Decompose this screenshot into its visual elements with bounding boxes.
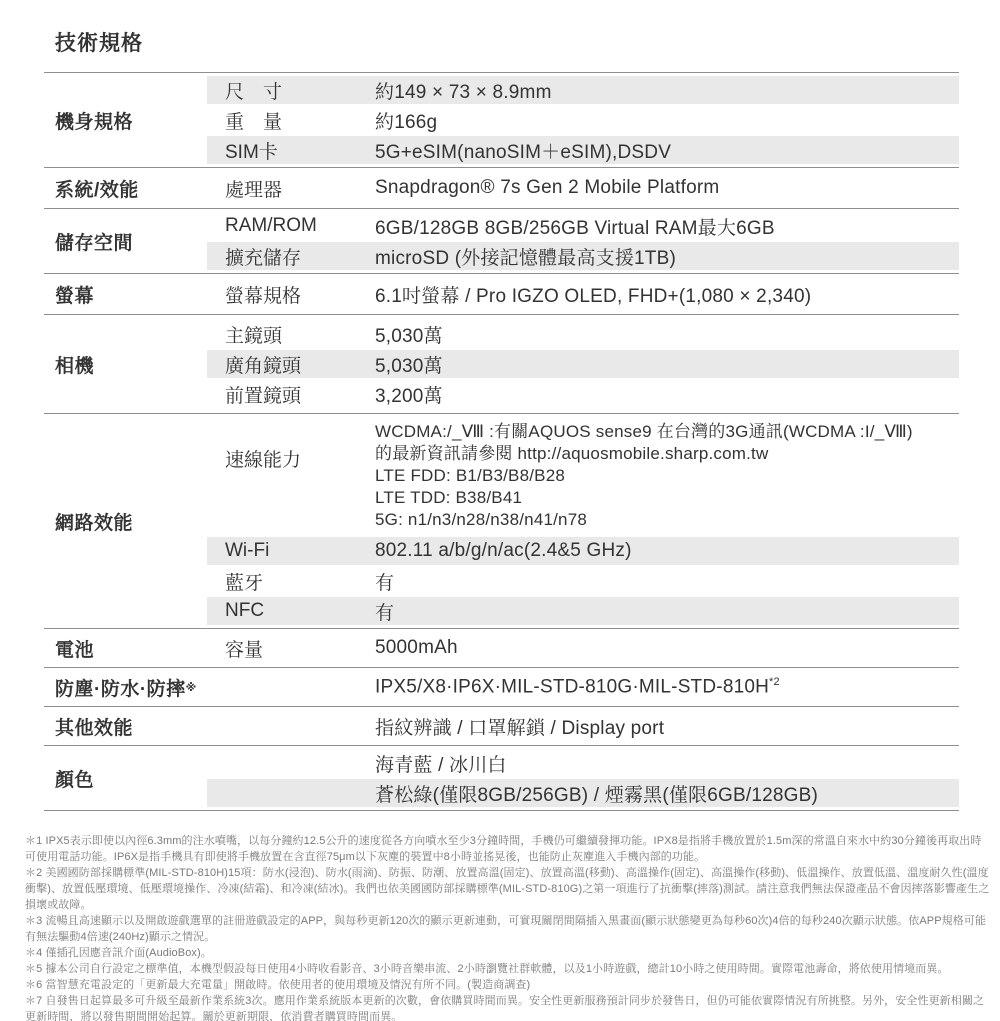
spec-row: 擴充儲存 microSD (外接記憶體最高支援1TB) bbox=[207, 242, 959, 270]
spec-label: 廣角鏡頭 bbox=[207, 351, 375, 378]
category-label: 網路效能 bbox=[44, 416, 207, 626]
spec-label: 螢幕規格 bbox=[207, 281, 375, 308]
connectivity-line: LTE FDD: B1/B3/B8/B28 bbox=[375, 465, 953, 487]
reference-mark: ※ bbox=[186, 681, 197, 694]
spec-value: 5000mAh bbox=[375, 637, 959, 659]
spec-row: 速線能力 WCDMA:/_Ⅷ :有關AQUOS sense9 在台灣的3G通訊(… bbox=[207, 417, 959, 535]
spec-row: SIM卡 5G+eSIM(nanoSIM＋eSIM),DSDV bbox=[207, 136, 959, 164]
connectivity-line: 5G: n1/n3/n28/n38/n41/n78 bbox=[375, 509, 953, 531]
section-storage: 儲存空間 RAM/ROM 6GB/128GB 8GB/256GB Virtual… bbox=[44, 209, 959, 274]
spec-row: 處理器 Snapdragon® 7s Gen 2 Mobile Platform bbox=[207, 174, 959, 202]
section-camera: 相機 主鏡頭 5,030萬 廣角鏡頭 5,030萬 前置鏡頭 3,200萬 bbox=[44, 315, 959, 414]
spec-page: 技術規格 機身規格 尺 寸 約149 × 73 × 8.9mm 重 量 約166… bbox=[0, 0, 1000, 1021]
spec-value: 指紋辨識 / 口罩解鎖 / Display port bbox=[375, 713, 959, 740]
category-label: 儲存空間 bbox=[44, 211, 207, 271]
spec-label: 擴充儲存 bbox=[207, 243, 375, 270]
spec-row: 前置鏡頭 3,200萬 bbox=[207, 380, 959, 408]
spec-value: 6GB/128GB 8GB/256GB Virtual RAM最大6GB bbox=[375, 213, 959, 240]
category-label: 機身規格 bbox=[44, 75, 207, 165]
spec-row: 容量 5000mAh bbox=[207, 634, 959, 662]
spec-value: 5G+eSIM(nanoSIM＋eSIM),DSDV bbox=[375, 137, 959, 164]
section-network: 網路效能 速線能力 WCDMA:/_Ⅷ :有關AQUOS sense9 在台灣的… bbox=[44, 414, 959, 629]
connectivity-line: WCDMA:/_Ⅷ :有關AQUOS sense9 在台灣的3G通訊(WCDMA… bbox=[375, 421, 953, 443]
section-body-specs: 機身規格 尺 寸 約149 × 73 × 8.9mm 重 量 約166g SIM… bbox=[44, 73, 959, 168]
category-label: 其他效能 bbox=[44, 711, 207, 741]
spec-table: 機身規格 尺 寸 約149 × 73 × 8.9mm 重 量 約166g SIM… bbox=[44, 72, 959, 811]
spec-label: 重 量 bbox=[207, 107, 375, 134]
spec-label: 主鏡頭 bbox=[207, 321, 375, 348]
section-colors: 顏色 海青藍 / 冰川白 蒼松綠(僅限8GB/256GB) / 煙霧黑(僅限6G… bbox=[44, 746, 959, 811]
spec-row: 尺 寸 約149 × 73 × 8.9mm bbox=[207, 76, 959, 104]
footnotes: ＊1 IPX5表示即使以內徑6.3mm的注水噴嘴，以每分鐘約12.5公升的速度從… bbox=[25, 833, 990, 1021]
spec-value: 蒼松綠(僅限8GB/256GB) / 煙霧黑(僅限6GB/128GB) bbox=[375, 780, 959, 807]
footnote: ＊2 美國國防部採購標準(MIL-STD-810H)15項：防水(浸泡)、防水(… bbox=[25, 865, 990, 913]
section-battery: 電池 容量 5000mAh bbox=[44, 629, 959, 668]
spec-label: 速線能力 bbox=[207, 421, 375, 472]
spec-label: 處理器 bbox=[207, 175, 375, 202]
spec-row: 海青藍 / 冰川白 bbox=[207, 749, 959, 777]
spec-value: Snapdragon® 7s Gen 2 Mobile Platform bbox=[375, 177, 959, 199]
spec-value: 有 bbox=[375, 568, 959, 595]
spec-label: 尺 寸 bbox=[207, 77, 375, 104]
category-label: 螢幕 bbox=[44, 279, 207, 309]
footnote: ＊6 當智慧充電設定的「更新最大充電量」開啟時。依使用者的使用環境及情況有所不同… bbox=[25, 977, 990, 993]
footnote: ＊1 IPX5表示即使以內徑6.3mm的注水噴嘴，以每分鐘約12.5公升的速度從… bbox=[25, 833, 990, 865]
category-label: 電池 bbox=[44, 633, 207, 663]
spec-row: Wi-Fi 802.11 a/b/g/n/ac(2.4&5 GHz) bbox=[207, 537, 959, 565]
spec-row: 主鏡頭 5,030萬 bbox=[207, 320, 959, 348]
spec-label: NFC bbox=[207, 600, 375, 622]
spec-value: 802.11 a/b/g/n/ac(2.4&5 GHz) bbox=[375, 540, 959, 562]
spec-value: 有 bbox=[375, 598, 959, 625]
spec-row: 指紋辨識 / 口罩解鎖 / Display port bbox=[207, 712, 959, 740]
connectivity-line: LTE TDD: B38/B41 bbox=[375, 487, 953, 509]
spec-value: 5,030萬 bbox=[375, 351, 959, 378]
category-label: 顏色 bbox=[44, 748, 207, 808]
footnote: ＊5 據本公司自行設定之標準值，本機型假設每日使用4小時收看影音、3小時音樂串流… bbox=[25, 961, 990, 977]
spec-value: 海青藍 / 冰川白 bbox=[375, 750, 959, 777]
spec-label: RAM/ROM bbox=[207, 215, 375, 237]
spec-label: 容量 bbox=[207, 635, 375, 662]
spec-row: 重 量 約166g bbox=[207, 106, 959, 134]
category-label: 防塵·防水·防摔※ bbox=[44, 672, 207, 702]
spec-label: 前置鏡頭 bbox=[207, 381, 375, 408]
section-display: 螢幕 螢幕規格 6.1吋螢幕 / Pro IGZO OLED, FHD+(1,0… bbox=[44, 274, 959, 315]
section-system: 系統/效能 處理器 Snapdragon® 7s Gen 2 Mobile Pl… bbox=[44, 168, 959, 209]
footnote: ＊4 僅插孔因應音訊介面(AudioBox)。 bbox=[25, 945, 990, 961]
spec-row: IPX5/X8·IP6X·MIL-STD-810G·MIL-STD-810H*2 bbox=[207, 673, 959, 701]
section-durability: 防塵·防水·防摔※ IPX5/X8·IP6X·MIL-STD-810G·MIL-… bbox=[44, 668, 959, 707]
spec-value: 6.1吋螢幕 / Pro IGZO OLED, FHD+(1,080 × 2,3… bbox=[375, 281, 959, 308]
spec-value-multiline: WCDMA:/_Ⅷ :有關AQUOS sense9 在台灣的3G通訊(WCDMA… bbox=[375, 421, 959, 531]
spec-row: NFC 有 bbox=[207, 597, 959, 625]
spec-value: microSD (外接記憶體最高支援1TB) bbox=[375, 243, 959, 270]
spec-value: 約166g bbox=[375, 107, 959, 134]
spec-row: RAM/ROM 6GB/128GB 8GB/256GB Virtual RAM最… bbox=[207, 212, 959, 240]
footnote: ＊3 流暢且高速顯示以及開啟遊戲選單的註冊遊戲設定的APP，與每秒更新120次的… bbox=[25, 913, 990, 945]
spec-row: 廣角鏡頭 5,030萬 bbox=[207, 350, 959, 378]
spec-value: 5,030萬 bbox=[375, 321, 959, 348]
footnote-mark: *2 bbox=[769, 676, 780, 688]
spec-value: IPX5/X8·IP6X·MIL-STD-810G·MIL-STD-810H*2 bbox=[375, 676, 959, 698]
spec-row: 蒼松綠(僅限8GB/256GB) / 煙霧黑(僅限6GB/128GB) bbox=[207, 779, 959, 807]
category-label: 相機 bbox=[44, 319, 207, 409]
footnote: ＊7 自發售日起算最多可升級至最新作業系統3次。應用作業系統版本更新的次數，會依… bbox=[25, 993, 990, 1021]
page-title: 技術規格 bbox=[55, 27, 1000, 57]
spec-label: Wi-Fi bbox=[207, 540, 375, 562]
connectivity-line: 的最新資訊請參閱 http://aquosmobile.sharp.com.tw bbox=[375, 443, 953, 465]
spec-label: SIM卡 bbox=[207, 137, 375, 164]
spec-row: 藍牙 有 bbox=[207, 567, 959, 595]
spec-value: 3,200萬 bbox=[375, 381, 959, 408]
spec-value: 約149 × 73 × 8.9mm bbox=[375, 77, 959, 104]
spec-row: 螢幕規格 6.1吋螢幕 / Pro IGZO OLED, FHD+(1,080 … bbox=[207, 280, 959, 308]
category-label: 系統/效能 bbox=[44, 173, 207, 203]
spec-label: 藍牙 bbox=[207, 568, 375, 595]
section-other-features: 其他效能 指紋辨識 / 口罩解鎖 / Display port bbox=[44, 707, 959, 746]
